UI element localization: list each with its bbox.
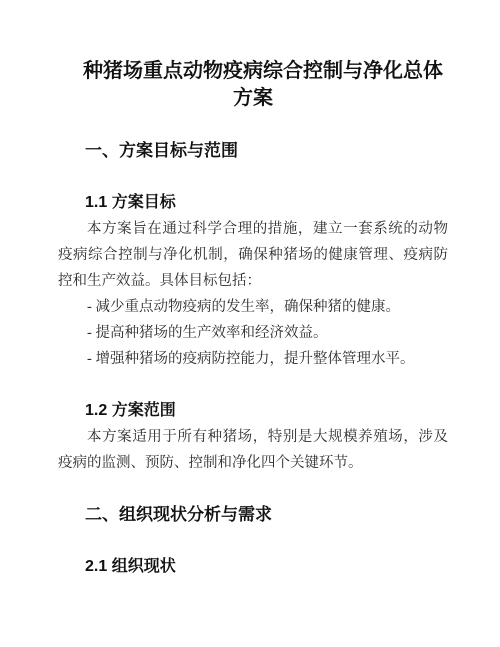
bullet-item-2: - 提高种猪场的生产效率和经济效益。 — [58, 320, 448, 346]
section-heading-1: 一、方案目标与范围 — [58, 138, 448, 164]
paragraph-scope: 本方案适用于所有种猪场，特别是大规模养殖场，涉及疫病的监测、预防、控制和净化四个… — [58, 424, 448, 476]
subsection-heading-2-1: 2.1 组织现状 — [58, 554, 448, 580]
bullet-item-3: - 增强种猪场的疫病防控能力，提升整体管理水平。 — [58, 346, 448, 372]
section-heading-2: 二、组织现状分析与需求 — [58, 502, 448, 528]
document-title: 种猪场重点动物疫病综合控制与净化总体方案 — [58, 58, 448, 112]
bullet-item-1: - 减少重点动物疫病的发生率，确保种猪的健康。 — [58, 294, 448, 320]
document-page: 种猪场重点动物疫病综合控制与净化总体方案 一、方案目标与范围 1.1 方案目标 … — [0, 0, 500, 647]
paragraph-goal-intro: 本方案旨在通过科学合理的措施，建立一套系统的动物疫病综合控制与净化机制，确保种猪… — [58, 216, 448, 294]
subsection-heading-1-1: 1.1 方案目标 — [58, 190, 448, 216]
subsection-heading-1-2: 1.2 方案范围 — [58, 398, 448, 424]
